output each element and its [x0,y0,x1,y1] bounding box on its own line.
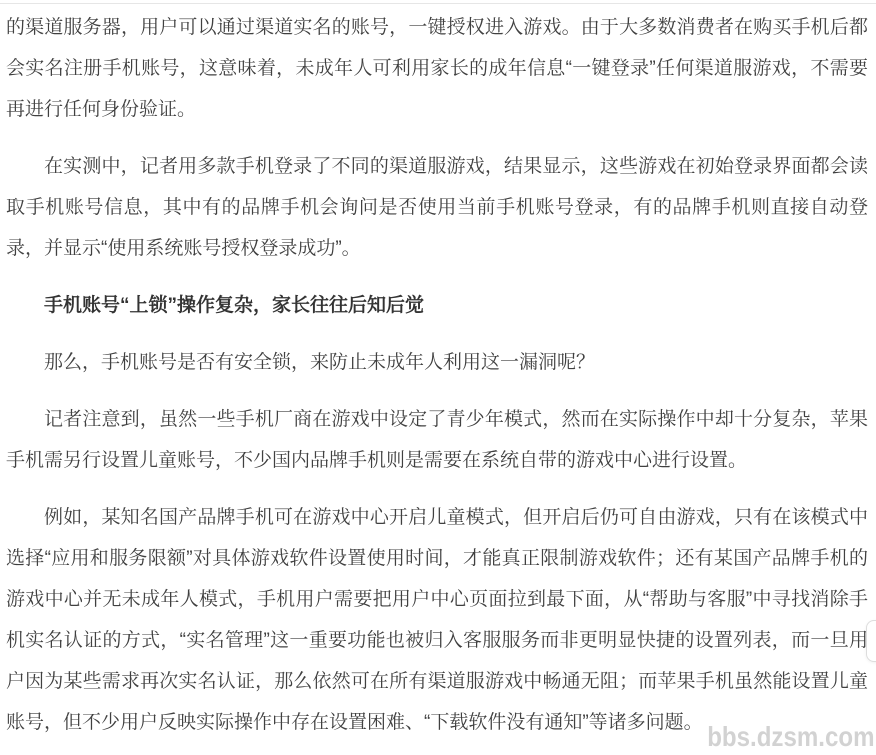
article-paragraph-1: 的渠道服务器，用户可以通过渠道实名的账号，一键授权进入游戏。由于大多数消费者在购… [6,7,868,130]
watermark: bbs.dzsm.com [707,721,874,753]
article-paragraph-4: 记者注意到，虽然一些手机厂商在游戏中设定了青少年模式，然而在实际操作中却十分复杂… [6,399,868,481]
floating-button-clipped[interactable] [866,620,876,662]
article-paragraph-5: 例如，某知名国产品牌手机可在游戏中心开启儿童模式，但开启后仍可自由游戏，只有在该… [6,497,868,743]
article-paragraph-3: 那么，手机账号是否有安全锁，来防止未成年人利用这一漏洞呢？ [6,342,868,383]
article-body: 的渠道服务器，用户可以通过渠道实名的账号，一键授权进入游戏。由于大多数消费者在购… [0,0,876,755]
article-paragraph-2: 在实测中，记者用多款手机登录了不同的渠道服游戏，结果显示，这些游戏在初始登录界面… [6,146,868,269]
section-heading: 手机账号“上锁”操作复杂，家长往往后知后觉 [6,285,868,326]
